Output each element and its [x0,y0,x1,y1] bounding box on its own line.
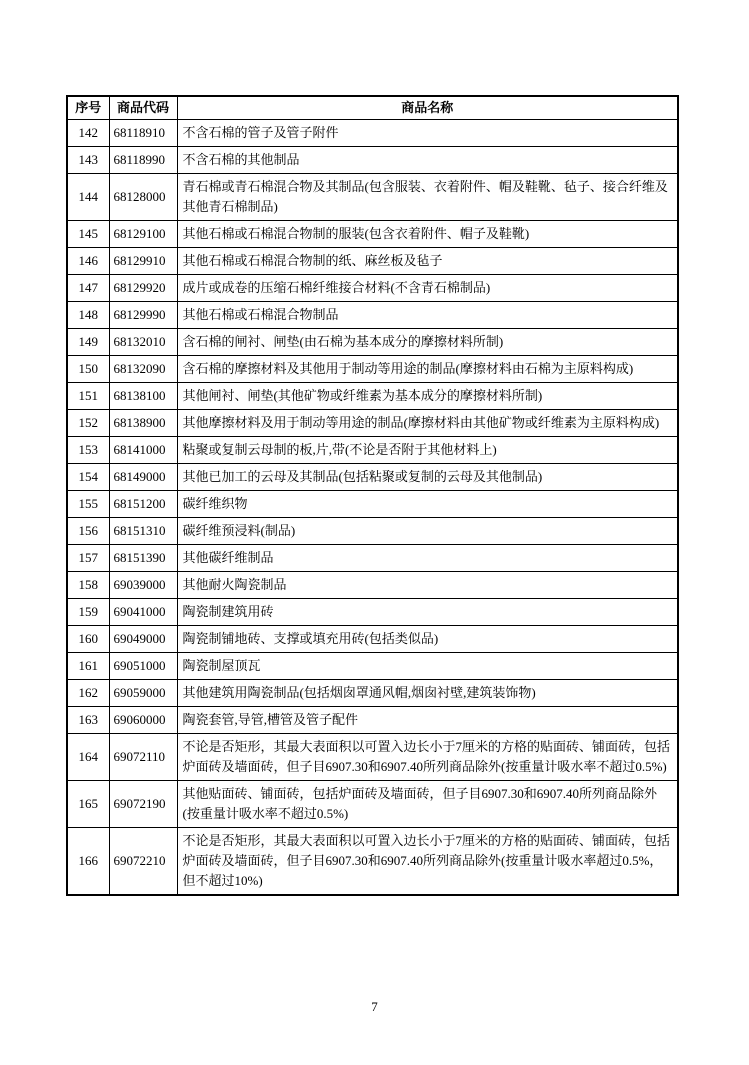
row-name: 其他已加工的云母及其制品(包括粘聚或复制的云母及其他制品) [177,464,678,491]
row-serial: 164 [67,734,109,781]
row-serial: 159 [67,599,109,626]
table-row: 15468149000其他已加工的云母及其制品(包括粘聚或复制的云母及其他制品) [67,464,678,491]
row-code: 68138100 [109,383,177,410]
table-row: 16469072110不论是否矩形，其最大表面积以可置入边长小于7厘米的方格的贴… [67,734,678,781]
row-name: 其他耐火陶瓷制品 [177,572,678,599]
row-serial: 160 [67,626,109,653]
row-code: 68129920 [109,275,177,302]
row-code: 68151310 [109,518,177,545]
table-row: 14768129920成片或成卷的压缩石棉纤维接合材料(不含青石棉制品) [67,275,678,302]
row-name: 碳纤维预浸料(制品) [177,518,678,545]
row-serial: 153 [67,437,109,464]
row-name: 青石棉或青石棉混合物及其制品(包含服装、衣着附件、帽及鞋靴、毡子、接合纤维及其他… [177,174,678,221]
document-page: 序号 商品代码 商品名称 14268118910不含石棉的管子及管子附件1436… [0,0,749,1065]
table-row: 14468128000青石棉或青石棉混合物及其制品(包含服装、衣着附件、帽及鞋靴… [67,174,678,221]
row-code: 69060000 [109,707,177,734]
table-row: 16669072210不论是否矩形，其最大表面积以可置入边长小于7厘米的方格的贴… [67,828,678,896]
row-serial: 165 [67,781,109,828]
row-code: 68132090 [109,356,177,383]
row-code: 68132010 [109,329,177,356]
row-code: 68151390 [109,545,177,572]
row-name: 其他建筑用陶瓷制品(包括烟囱罩通风帽,烟囱衬壁,建筑装饰物) [177,680,678,707]
row-name: 其他碳纤维制品 [177,545,678,572]
row-serial: 142 [67,120,109,147]
row-serial: 146 [67,248,109,275]
table-row: 16269059000其他建筑用陶瓷制品(包括烟囱罩通风帽,烟囱衬壁,建筑装饰物… [67,680,678,707]
row-serial: 147 [67,275,109,302]
table-row: 15668151310碳纤维预浸料(制品) [67,518,678,545]
table-body: 14268118910不含石棉的管子及管子附件14368118990不含石棉的其… [67,120,678,896]
row-name: 含石棉的闸衬、闸垫(由石棉为基本成分的摩擦材料所制) [177,329,678,356]
table-row: 16569072190其他贴面砖、铺面砖，包括炉面砖及墙面砖，但子目6907.3… [67,781,678,828]
row-code: 69072190 [109,781,177,828]
table-row: 14968132010含石棉的闸衬、闸垫(由石棉为基本成分的摩擦材料所制) [67,329,678,356]
table-row: 15869039000其他耐火陶瓷制品 [67,572,678,599]
row-name: 成片或成卷的压缩石棉纤维接合材料(不含青石棉制品) [177,275,678,302]
row-serial: 152 [67,410,109,437]
row-serial: 149 [67,329,109,356]
table-row: 14368118990不含石棉的其他制品 [67,147,678,174]
row-code: 69072110 [109,734,177,781]
row-serial: 144 [67,174,109,221]
row-serial: 154 [67,464,109,491]
row-serial: 161 [67,653,109,680]
row-serial: 166 [67,828,109,896]
row-name: 其他闸衬、闸垫(其他矿物或纤维素为基本成分的摩擦材料所制) [177,383,678,410]
row-serial: 150 [67,356,109,383]
row-code: 68118910 [109,120,177,147]
row-code: 69039000 [109,572,177,599]
row-code: 68118990 [109,147,177,174]
table-row: 14568129100其他石棉或石棉混合物制的服装(包含衣着附件、帽子及鞋靴) [67,221,678,248]
row-name: 其他贴面砖、铺面砖，包括炉面砖及墙面砖，但子目6907.30和6907.40所列… [177,781,678,828]
table-row: 14668129910其他石棉或石棉混合物制的纸、麻丝板及毡子 [67,248,678,275]
row-name: 不含石棉的管子及管子附件 [177,120,678,147]
row-code: 68138900 [109,410,177,437]
row-code: 68129100 [109,221,177,248]
row-serial: 143 [67,147,109,174]
table-row: 15268138900其他摩擦材料及用于制动等用途的制品(摩擦材料由其他矿物或纤… [67,410,678,437]
goods-table: 序号 商品代码 商品名称 14268118910不含石棉的管子及管子附件1436… [66,95,679,896]
row-name: 不含石棉的其他制品 [177,147,678,174]
row-code: 68141000 [109,437,177,464]
row-serial: 151 [67,383,109,410]
row-name: 陶瓷套管,导管,槽管及管子配件 [177,707,678,734]
row-serial: 145 [67,221,109,248]
table-row: 15568151200碳纤维织物 [67,491,678,518]
row-name: 其他石棉或石棉混合物制品 [177,302,678,329]
table-row: 15768151390其他碳纤维制品 [67,545,678,572]
page-number: 7 [0,999,749,1015]
row-serial: 163 [67,707,109,734]
row-name: 不论是否矩形，其最大表面积以可置入边长小于7厘米的方格的贴面砖、铺面砖，包括炉面… [177,828,678,896]
row-code: 69049000 [109,626,177,653]
row-code: 69051000 [109,653,177,680]
row-name: 碳纤维织物 [177,491,678,518]
row-serial: 158 [67,572,109,599]
table-row: 16369060000陶瓷套管,导管,槽管及管子配件 [67,707,678,734]
row-name: 陶瓷制铺地砖、支撑或填充用砖(包括类似品) [177,626,678,653]
row-name: 含石棉的摩擦材料及其他用于制动等用途的制品(摩擦材料由石棉为主原料构成) [177,356,678,383]
table-row: 14268118910不含石棉的管子及管子附件 [67,120,678,147]
row-code: 68129910 [109,248,177,275]
row-code: 68151200 [109,491,177,518]
row-name: 其他摩擦材料及用于制动等用途的制品(摩擦材料由其他矿物或纤维素为主原料构成) [177,410,678,437]
row-name: 其他石棉或石棉混合物制的纸、麻丝板及毡子 [177,248,678,275]
row-code: 69059000 [109,680,177,707]
row-code: 69072210 [109,828,177,896]
table-row: 15168138100其他闸衬、闸垫(其他矿物或纤维素为基本成分的摩擦材料所制) [67,383,678,410]
header-code: 商品代码 [109,96,177,120]
row-name: 陶瓷制建筑用砖 [177,599,678,626]
table-row: 15969041000陶瓷制建筑用砖 [67,599,678,626]
table-row: 14868129990其他石棉或石棉混合物制品 [67,302,678,329]
table-row: 15068132090含石棉的摩擦材料及其他用于制动等用途的制品(摩擦材料由石棉… [67,356,678,383]
row-serial: 155 [67,491,109,518]
row-name: 不论是否矩形，其最大表面积以可置入边长小于7厘米的方格的贴面砖、铺面砖，包括炉面… [177,734,678,781]
row-code: 69041000 [109,599,177,626]
row-serial: 157 [67,545,109,572]
header-serial: 序号 [67,96,109,120]
row-name: 陶瓷制屋顶瓦 [177,653,678,680]
table-header-row: 序号 商品代码 商品名称 [67,96,678,120]
row-serial: 162 [67,680,109,707]
header-name: 商品名称 [177,96,678,120]
table-row: 16069049000陶瓷制铺地砖、支撑或填充用砖(包括类似品) [67,626,678,653]
row-name: 其他石棉或石棉混合物制的服装(包含衣着附件、帽子及鞋靴) [177,221,678,248]
row-serial: 148 [67,302,109,329]
row-code: 68128000 [109,174,177,221]
row-code: 68129990 [109,302,177,329]
table-row: 15368141000粘聚或复制云母制的板,片,带(不论是否附于其他材料上) [67,437,678,464]
row-code: 68149000 [109,464,177,491]
table-row: 16169051000陶瓷制屋顶瓦 [67,653,678,680]
row-serial: 156 [67,518,109,545]
row-name: 粘聚或复制云母制的板,片,带(不论是否附于其他材料上) [177,437,678,464]
